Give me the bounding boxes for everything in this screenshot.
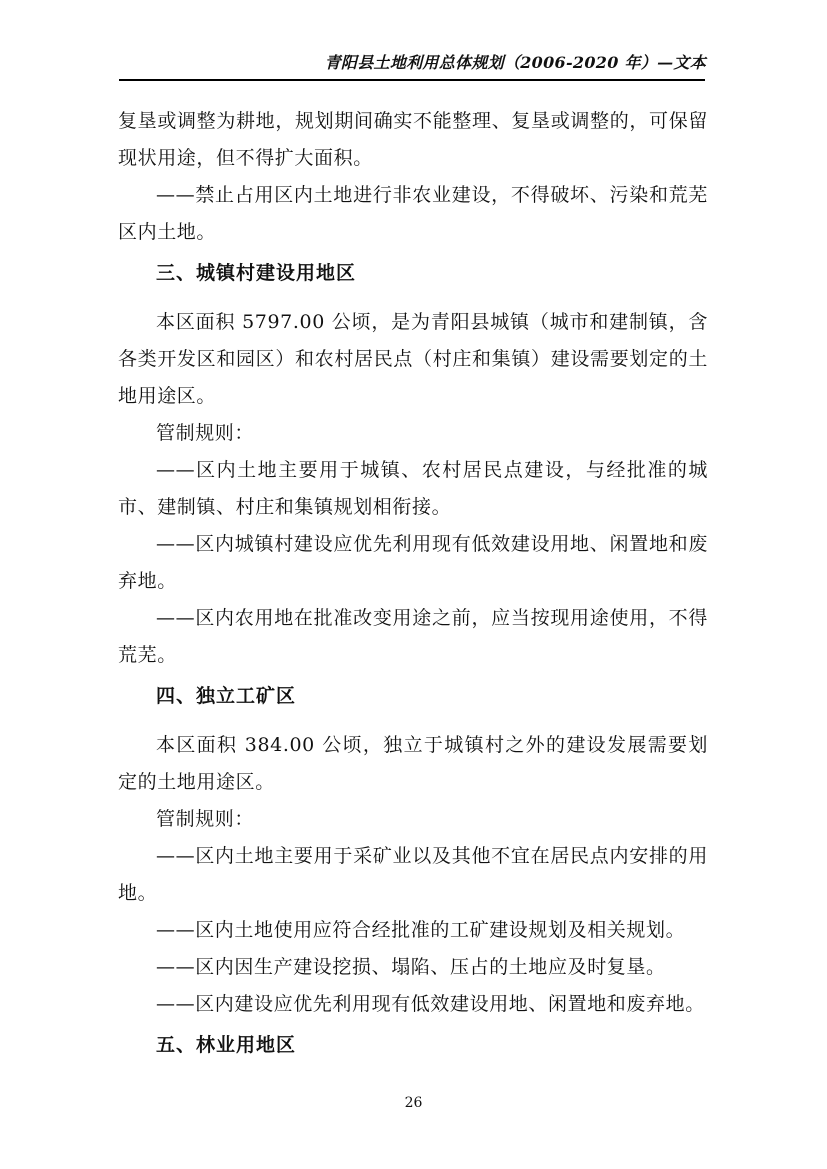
paragraph: ——区内城镇村建设应优先利用现有低效建设用地、闲置地和废弃地。: [118, 526, 708, 600]
paragraph: 复垦或调整为耕地，规划期间确实不能整理、复垦或调整的，可保留现状用途，但不得扩大…: [118, 103, 708, 177]
paragraph: ——区内土地使用应符合经批准的工矿建设规划及相关规划。: [118, 912, 708, 949]
header-rule: [119, 79, 705, 81]
paragraph: 本区面积 5797.00 公顷，是为青阳县城镇（城市和建制镇，含各类开发区和园区…: [118, 304, 708, 415]
document-body: 复垦或调整为耕地，规划期间确实不能整理、复垦或调整的，可保留现状用途，但不得扩大…: [118, 103, 708, 1076]
paragraph: ——禁止占用区内土地进行非农业建设，不得破坏、污染和荒芜区内土地。: [118, 177, 708, 251]
paragraph: ——区内建设应优先利用现有低效建设用地、闲置地和废弃地。: [118, 986, 708, 1023]
section-heading: 四、独立工矿区: [118, 678, 708, 715]
section-heading: 三、城镇村建设用地区: [118, 255, 708, 292]
document-page: 青阳县土地利用总体规划（2006-2020 年）—文本 复垦或调整为耕地，规划期…: [0, 0, 827, 1169]
section-heading: 五、林业用地区: [118, 1027, 708, 1064]
paragraph: ——区内土地主要用于城镇、农村居民点建设，与经批准的城市、建制镇、村庄和集镇规划…: [118, 452, 708, 526]
page-number: 26: [405, 1095, 423, 1111]
paragraph: 管制规则：: [118, 415, 708, 452]
paragraph: ——区内农用地在批准改变用途之前，应当按现用途使用，不得荒芜。: [118, 600, 708, 674]
paragraph: 本区面积 384.00 公顷，独立于城镇村之外的建设发展需要划定的土地用途区。: [118, 727, 708, 801]
paragraph: 管制规则：: [118, 801, 708, 838]
paragraph: ——区内土地主要用于采矿业以及其他不宜在居民点内安排的用地。: [118, 838, 708, 912]
page-footer: 26: [0, 1094, 827, 1112]
paragraph: ——区内因生产建设挖损、塌陷、压占的土地应及时复垦。: [118, 949, 708, 986]
running-header: 青阳县土地利用总体规划（2006-2020 年）—文本: [118, 52, 706, 74]
